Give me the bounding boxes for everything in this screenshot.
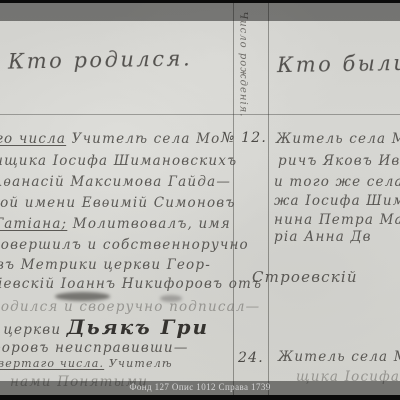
handwriting-line: ходился и своеручно подписал— [0,299,260,315]
handwriting-line: Житель села М [278,349,400,365]
entry-number: 24. [238,350,264,366]
underlined-text: твертаго числа. [0,357,104,370]
handwriting-line: Аѳанасій Максимова Гайда— [0,174,231,190]
handwriting-line: гіевскій Іоаннъ Никифоровъ отъ [0,276,262,292]
handwriting-crossing-word: Строевскій [252,268,358,286]
handwriting-line: совершилъ и собственноручно [0,237,249,253]
underlined-text: го числа [0,131,66,147]
handwriting-line: го числа Учителѣ села Мо [0,131,221,147]
handwriting-line: нина Петра Ма [274,212,400,228]
ink-smudge [55,292,110,301]
handwriting-line: форовъ неисправивши— [0,340,189,356]
scanned-document-page: Кто родился. Кто были Число рожденія. № … [0,0,400,400]
archival-reference-caption: Фонд 127 Опис 1012 Справа 1739 [0,382,400,392]
line-text: Учителѣ [104,357,173,370]
handwriting-line: жа Іосифа Шим [274,193,400,209]
handwriting-line: и церкви Дьякъ Гри [0,315,209,339]
handwriting-line: нщика Іосифа Шимановскихъ [0,153,237,169]
handwriting-line: твертаго числа. Учителѣ [0,357,173,370]
handwriting-line: въ Метрики церкви Геор- [0,257,211,273]
handwriting-line: ричъ Яковъ Ив [278,153,400,169]
underlined-text: Татіана; [0,216,67,232]
handwriting-line: ной имени Евѳимій Симоновъ [0,195,236,211]
handwriting-line: Житель села М [276,131,400,147]
column-divider-line-right [268,0,269,400]
line-text: Молитвовалъ, имя [67,216,231,232]
entry-number: № 12. [221,130,267,146]
ink-smudge [160,295,182,302]
column-header-who-were: Кто были [277,51,400,77]
clerk-signature: Дьякъ Гри [67,315,209,339]
handwriting-line: Татіана; Молитвовалъ, имя [0,216,231,232]
header-separator-line [0,114,400,115]
bottom-black-strip [0,395,400,400]
top-overlay-bar [0,3,400,21]
line-text: и церкви [0,322,67,338]
top-black-strip [0,0,400,3]
rotated-column-label: Число рожденія. [238,12,249,112]
handwriting-line: и того же села з [274,174,400,190]
column-header-who-was-born: Кто родился. [8,46,193,73]
handwriting-line: ріа Анна Дв [274,229,372,245]
line-text: Учителѣ села Мо [66,131,220,147]
